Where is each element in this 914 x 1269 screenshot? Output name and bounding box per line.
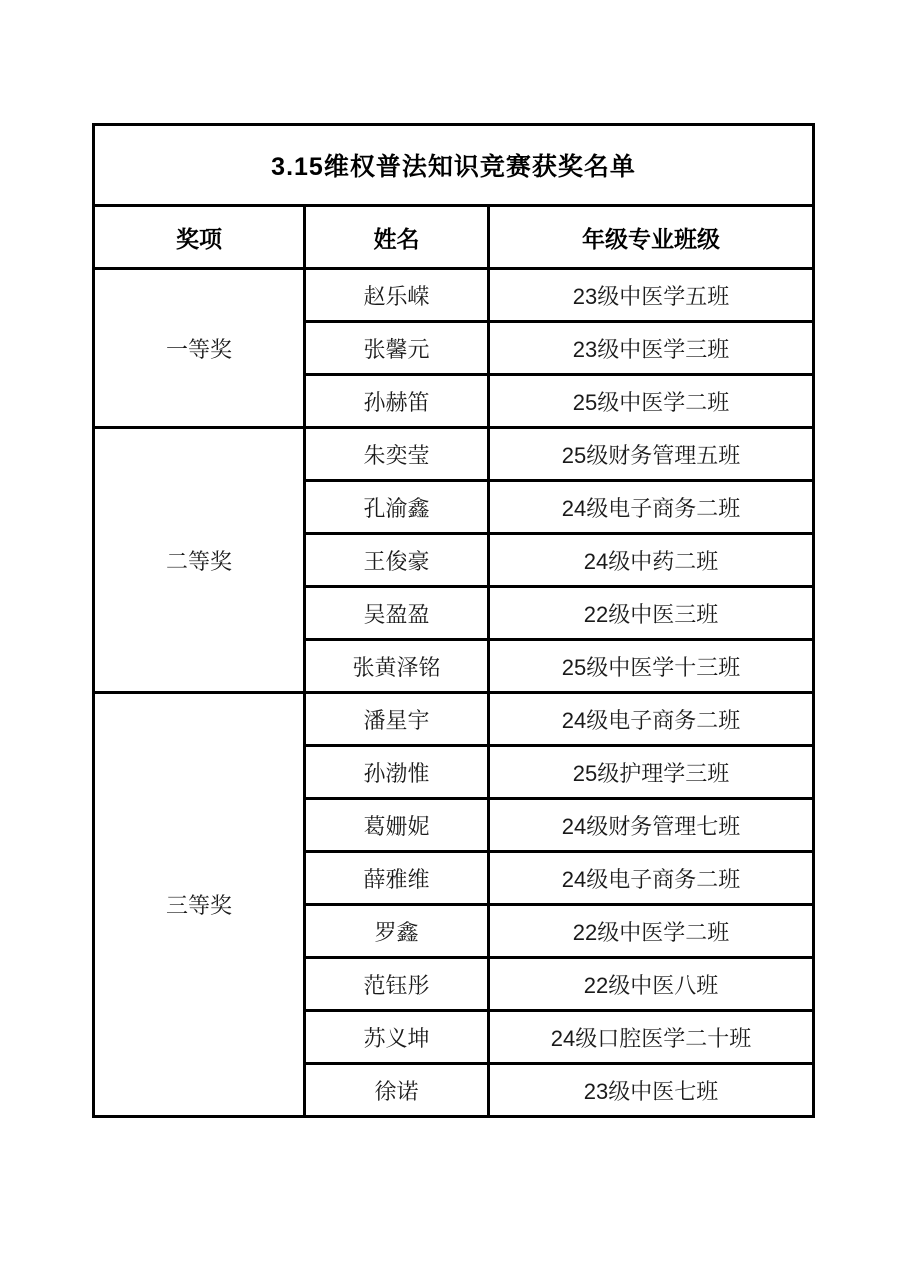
- award-cell-0: 一等奖: [94, 269, 305, 428]
- winner-name: 赵乐嵘: [305, 269, 489, 322]
- award-cell-1: 二等奖: [94, 428, 305, 693]
- table-row: 一等奖赵乐嵘23级中医学五班: [94, 269, 814, 322]
- winner-class: 24级口腔医学二十班: [489, 1011, 814, 1064]
- winner-class: 23级中医七班: [489, 1064, 814, 1117]
- table-row: 三等奖潘星宇24级电子商务二班: [94, 693, 814, 746]
- winner-class: 23级中医学三班: [489, 322, 814, 375]
- winner-name: 张馨元: [305, 322, 489, 375]
- winner-class: 22级中医三班: [489, 587, 814, 640]
- table-body: 一等奖赵乐嵘23级中医学五班张馨元23级中医学三班孙赫笛25级中医学二班二等奖朱…: [94, 269, 814, 1117]
- document-page: 3.15维权普法知识竞赛获奖名单 奖项姓名年级专业班级 一等奖赵乐嵘23级中医学…: [0, 0, 914, 1269]
- winner-name: 吴盈盈: [305, 587, 489, 640]
- winner-name: 孙赫笛: [305, 375, 489, 428]
- title-row: 3.15维权普法知识竞赛获奖名单: [94, 125, 814, 206]
- column-header-2: 年级专业班级: [489, 206, 814, 269]
- winner-name: 孙渤惟: [305, 746, 489, 799]
- winner-class: 24级电子商务二班: [489, 481, 814, 534]
- winner-class: 22级中医八班: [489, 958, 814, 1011]
- winner-class: 25级财务管理五班: [489, 428, 814, 481]
- header-row: 奖项姓名年级专业班级: [94, 206, 814, 269]
- winner-class: 22级中医学二班: [489, 905, 814, 958]
- column-header-0: 奖项: [94, 206, 305, 269]
- award-cell-2: 三等奖: [94, 693, 305, 1117]
- winner-name: 孔渝鑫: [305, 481, 489, 534]
- winner-class: 25级中医学十三班: [489, 640, 814, 693]
- winner-name: 苏义坤: [305, 1011, 489, 1064]
- winner-class: 24级电子商务二班: [489, 693, 814, 746]
- winner-class: 24级财务管理七班: [489, 799, 814, 852]
- column-header-1: 姓名: [305, 206, 489, 269]
- winner-class: 25级护理学三班: [489, 746, 814, 799]
- winner-name: 王俊豪: [305, 534, 489, 587]
- winner-name: 葛姗妮: [305, 799, 489, 852]
- winner-name: 张黄泽铭: [305, 640, 489, 693]
- winner-name: 薛雅维: [305, 852, 489, 905]
- table-row: 二等奖朱奕莹25级财务管理五班: [94, 428, 814, 481]
- winner-class: 23级中医学五班: [489, 269, 814, 322]
- winner-name: 潘星宇: [305, 693, 489, 746]
- table-title: 3.15维权普法知识竞赛获奖名单: [94, 125, 814, 206]
- winner-name: 范钰彤: [305, 958, 489, 1011]
- award-table: 3.15维权普法知识竞赛获奖名单 奖项姓名年级专业班级 一等奖赵乐嵘23级中医学…: [92, 123, 815, 1118]
- winner-class: 24级中药二班: [489, 534, 814, 587]
- winner-name: 朱奕莹: [305, 428, 489, 481]
- winner-class: 24级电子商务二班: [489, 852, 814, 905]
- winner-name: 徐诺: [305, 1064, 489, 1117]
- winner-class: 25级中医学二班: [489, 375, 814, 428]
- winner-name: 罗鑫: [305, 905, 489, 958]
